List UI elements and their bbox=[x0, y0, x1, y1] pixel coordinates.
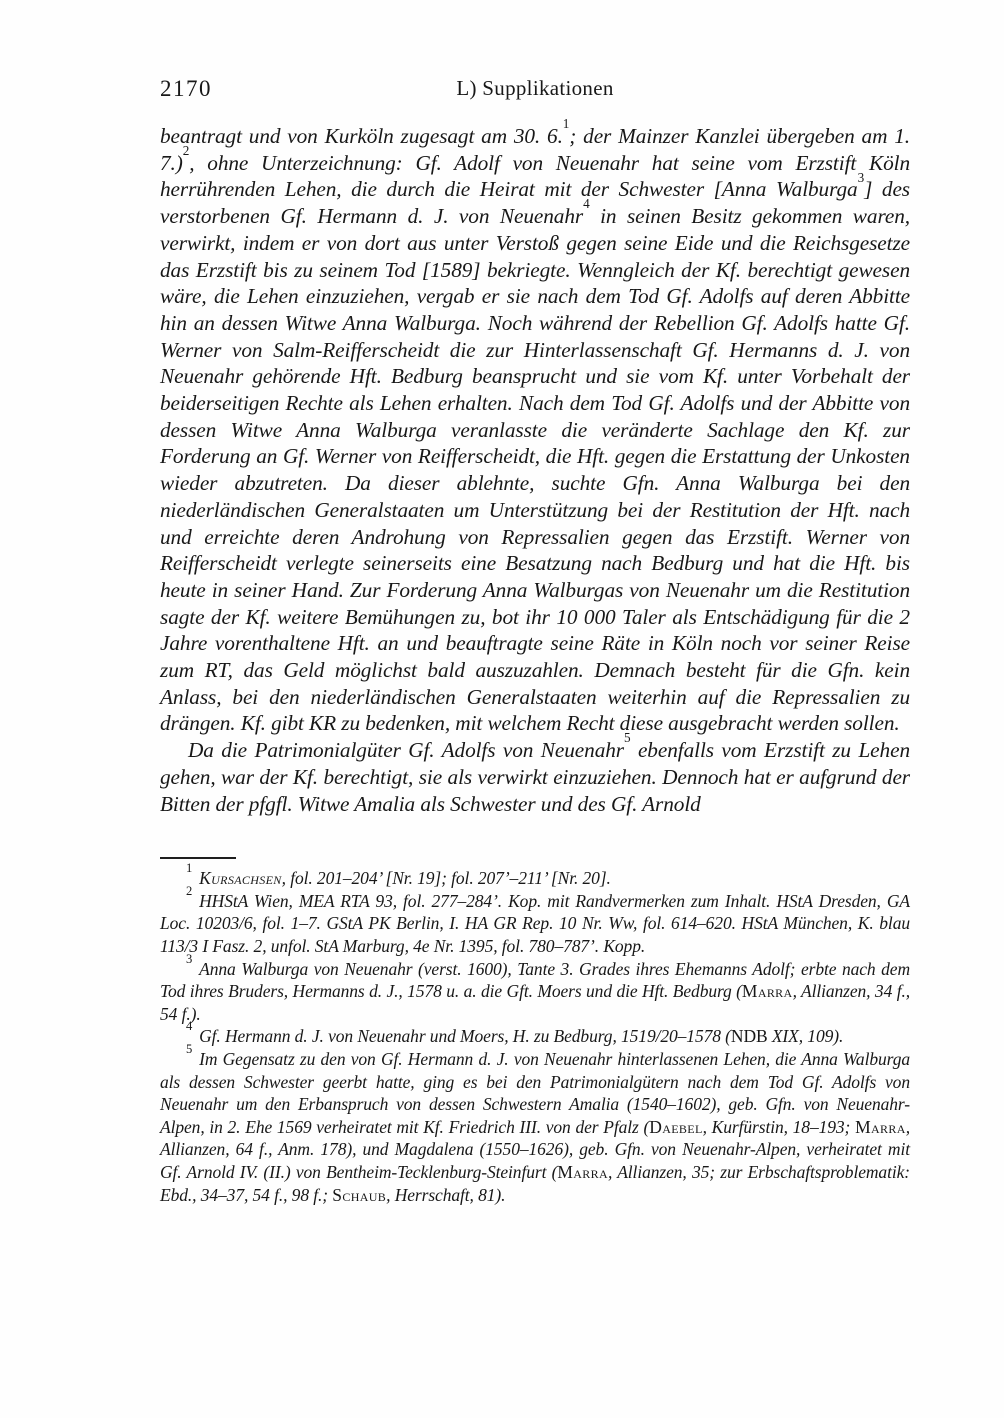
footnote-text: HHStA Wien, MEA RTA 93, fol. 277–284’. K… bbox=[160, 891, 910, 956]
footnote-text: XIX, 109). bbox=[768, 1026, 844, 1046]
footnote-5: 5Im Gegensatz zu den von Gf. Hermann d. … bbox=[160, 1048, 910, 1206]
footnote-ref-5: 5 bbox=[624, 730, 631, 745]
author-name-marra: Marra bbox=[557, 1162, 608, 1182]
footnote-2-number: 2 bbox=[186, 884, 192, 898]
author-name-daebel: Daebel bbox=[649, 1117, 702, 1137]
source-name-kursachsen: Kursachsen bbox=[199, 868, 282, 888]
footnote-text: Gf. Hermann d. J. von Neuenahr und Moers… bbox=[199, 1026, 731, 1046]
footnote-4-number: 4 bbox=[186, 1019, 192, 1033]
author-name-schaub: Schaub bbox=[332, 1185, 386, 1205]
footnote-ref-3: 3 bbox=[858, 170, 865, 185]
footnote-text: , Herrschaft, 81). bbox=[386, 1185, 505, 1205]
footnote-ref-4: 4 bbox=[583, 196, 590, 211]
source-name-ndb: NDB bbox=[731, 1026, 768, 1046]
footnote-1: 1Kursachsen, fol. 201–204’ [Nr. 19]; fol… bbox=[160, 867, 910, 890]
body-paragraph-2: Da die Patrimonialgüter Gf. Adolfs von N… bbox=[160, 737, 910, 817]
footnote-ref-2: 2 bbox=[183, 143, 190, 158]
author-name-marra: Marra bbox=[855, 1117, 906, 1137]
text-segment: Da die Patrimonialgüter Gf. Adolfs von N… bbox=[188, 738, 624, 762]
book-page: 2170 L) Supplikationen beantragt und von… bbox=[0, 0, 1004, 1418]
text-segment: beantragt und von Kurköln zugesagt am 30… bbox=[160, 124, 563, 148]
footnote-ref-1: 1 bbox=[563, 116, 570, 131]
footnote-text: , fol. 201–204’ [Nr. 19]; fol. 207’–211’… bbox=[282, 868, 611, 888]
main-text-block: beantragt und von Kurköln zugesagt am 30… bbox=[160, 123, 910, 817]
page-number: 2170 bbox=[160, 76, 212, 102]
text-segment: , ohne Unterzeichnung: Gf. Adolf von Neu… bbox=[160, 151, 910, 202]
running-header: L) Supplikationen bbox=[160, 76, 910, 101]
footnote-2: 2HHStA Wien, MEA RTA 93, fol. 277–284’. … bbox=[160, 890, 910, 958]
footnote-separator-rule bbox=[160, 857, 236, 859]
body-paragraph-1: beantragt und von Kurköln zugesagt am 30… bbox=[160, 123, 910, 737]
footnotes-block: 1Kursachsen, fol. 201–204’ [Nr. 19]; fol… bbox=[160, 867, 910, 1206]
footnote-text: , Kurfürstin, 18–193; bbox=[703, 1117, 855, 1137]
footnote-3-number: 3 bbox=[186, 952, 192, 966]
footnote-5-number: 5 bbox=[186, 1042, 192, 1056]
text-segment: in seinen Besitz gekommen waren, verwirk… bbox=[160, 204, 910, 735]
footnote-1-number: 1 bbox=[186, 861, 192, 875]
page-header: 2170 L) Supplikationen bbox=[160, 76, 910, 104]
author-name-marra: Marra bbox=[742, 981, 793, 1001]
footnote-4: 4Gf. Hermann d. J. von Neuenahr und Moer… bbox=[160, 1025, 910, 1048]
footnote-3: 3Anna Walburga von Neuenahr (verst. 1600… bbox=[160, 958, 910, 1026]
